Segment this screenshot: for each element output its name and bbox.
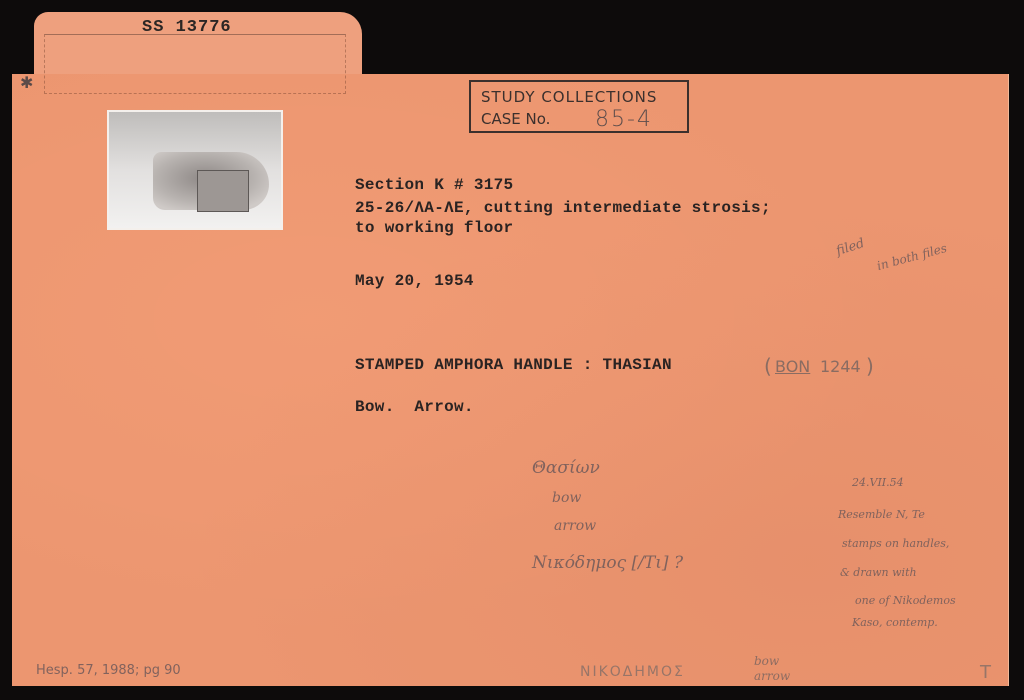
stamp-impression-image	[197, 170, 249, 212]
side-note-date: 24.VII.54	[852, 476, 904, 489]
find-date: May 20, 1954	[355, 272, 474, 290]
findspot-location: 25-26/ΛA-ΛE, cutting intermediate strosi…	[355, 199, 771, 217]
reference-abbr: BON	[775, 357, 810, 376]
asterisk-icon: ✱	[20, 73, 33, 92]
corner-tick-mark: T	[980, 662, 991, 683]
stamp-title: STUDY COLLECTIONS	[481, 88, 657, 106]
greek-reading-city: Θασίων	[532, 458, 600, 478]
publication-reference: Hesp. 57, 1988; pg 90	[36, 663, 181, 678]
side-note-line-3: & drawn with	[840, 566, 917, 579]
tab-label-area	[44, 34, 346, 94]
stamp-description: Bow. Arrow.	[355, 398, 474, 416]
greek-reading-bow: bow	[552, 490, 581, 506]
study-collections-stamp: STUDY COLLECTIONS CASE No. 85-4	[469, 80, 689, 133]
bottom-arrow: arrow	[754, 669, 790, 683]
reference-number: 1244	[820, 357, 861, 376]
artifact-photo	[107, 110, 283, 230]
object-type: STAMPED AMPHORA HANDLE : THASIAN	[355, 356, 672, 374]
side-note-line-4: one of Nikodemos	[855, 594, 956, 607]
section-number: Section K # 3175	[355, 176, 513, 194]
stamp-case-label: CASE No.	[481, 110, 550, 128]
side-note-line-1: Resemble N, Te	[838, 508, 925, 521]
bottom-greek-name: ΝΙΚΟΔΗΜΟΣ	[580, 664, 685, 680]
reference-open-paren: (	[764, 354, 772, 378]
greek-reading-name: Νικόδημος [/Τι] ?	[532, 553, 683, 573]
findspot-location-cont: to working floor	[355, 219, 513, 237]
reference-close-paren: )	[866, 354, 874, 378]
tab-label: SS 13776	[142, 18, 232, 37]
bottom-bow: bow	[754, 654, 779, 668]
stamp-case-number: 85-4	[595, 107, 653, 132]
side-note-line-2: stamps on handles,	[842, 537, 949, 550]
greek-reading-arrow: arrow	[554, 518, 596, 534]
side-note-line-5: Kaso, contemp.	[852, 616, 938, 629]
